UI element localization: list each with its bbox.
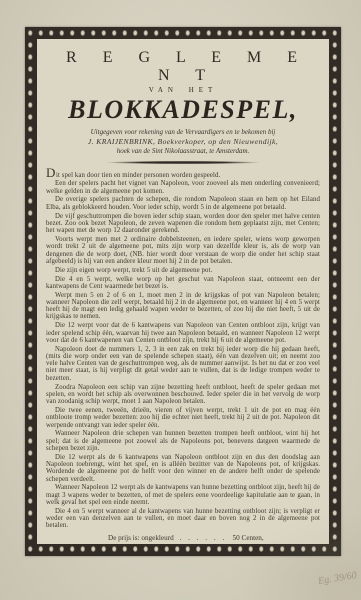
rule-paragraph: Voorts werpt men met 2 ordinaire dobbels… — [46, 236, 320, 265]
rule-paragraph: Werpt men 5 en 2 of 6 en 1, moet men 2 i… — [46, 292, 320, 321]
rule-paragraph: Een der spelers pacht het vignet van Nap… — [46, 180, 320, 195]
price-dots-1: . . . . . . — [175, 534, 230, 542]
rule-paragraph: Die 12 werpt als de 6 kantwapens van Nap… — [46, 454, 320, 483]
rule-paragraph: Die 4 en 5 werpt wanneer al de kantwapen… — [46, 508, 320, 530]
rule-paragraph: Die 12 werpt voor dat de 6 kantwapens va… — [46, 322, 320, 344]
rule-paragraph: Wanneer Napoleon 12 werpt als de kantwap… — [46, 484, 320, 506]
rule-paragraph: De vijf geschuttrompen die boven ieder s… — [46, 213, 320, 235]
price-value-uncolored: 50 Centen, — [233, 534, 264, 542]
imprint-line-3: hoek van de Sint Nikolaasstraat, te Amst… — [46, 147, 320, 156]
imprint-line-1: Uitgegeven voor rekening van de Vervaard… — [46, 128, 320, 137]
imprint-line-2: J. KRAIJENBRINK, Boekverkoper, op den Ni… — [46, 137, 320, 147]
rule-paragraph: Zoodra Napoleon een schip van zijne beze… — [46, 384, 320, 406]
rule-paragraph: Wanneer Napoleon drie schepen van hunnen… — [46, 430, 320, 452]
document-subtitle: VAN HET — [46, 86, 320, 94]
rule-paragraph: Die twee eenen, tweeën, drieën, vieren o… — [46, 407, 320, 429]
rule-paragraph: Die zijn eigen worp werpt, trekt 5 uit d… — [46, 267, 320, 274]
swelled-rule-divider — [103, 161, 263, 164]
price-block: De prijs is: ongekleurd . . . . . . 50 C… — [46, 534, 320, 544]
rules-text: Dit spel kan door tien en minder persone… — [46, 170, 320, 530]
pencil-annotation: Eg. 39/60 — [317, 570, 357, 587]
price-label: De prijs is: — [108, 534, 140, 542]
document-title: R E G L E M E N T — [46, 49, 320, 85]
rule-paragraph: Napoleon doet de nummers 1, 2, 3 in een … — [46, 346, 320, 382]
printed-area: R E G L E M E N T VAN HET BLOKKADESPEL, … — [37, 39, 329, 544]
price-line-uncolored: De prijs is: ongekleurd . . . . . . 50 C… — [46, 534, 320, 542]
rule-paragraph: De overige spelers pachten de schepen, d… — [46, 196, 320, 211]
document-main-title: BLOKKADESPEL, — [46, 95, 320, 125]
rule-paragraph: Die 4 en 5 werpt, welke worp op het gesc… — [46, 276, 320, 291]
rule-paragraph: Dit spel kan door tien en minder persone… — [46, 170, 320, 179]
document-sheet: R E G L E M E N T VAN HET BLOKKADESPEL, … — [0, 0, 361, 600]
price-item-uncolored: ongekleurd — [141, 534, 173, 542]
ornamental-border-frame: R E G L E M E N T VAN HET BLOKKADESPEL, … — [25, 27, 341, 556]
